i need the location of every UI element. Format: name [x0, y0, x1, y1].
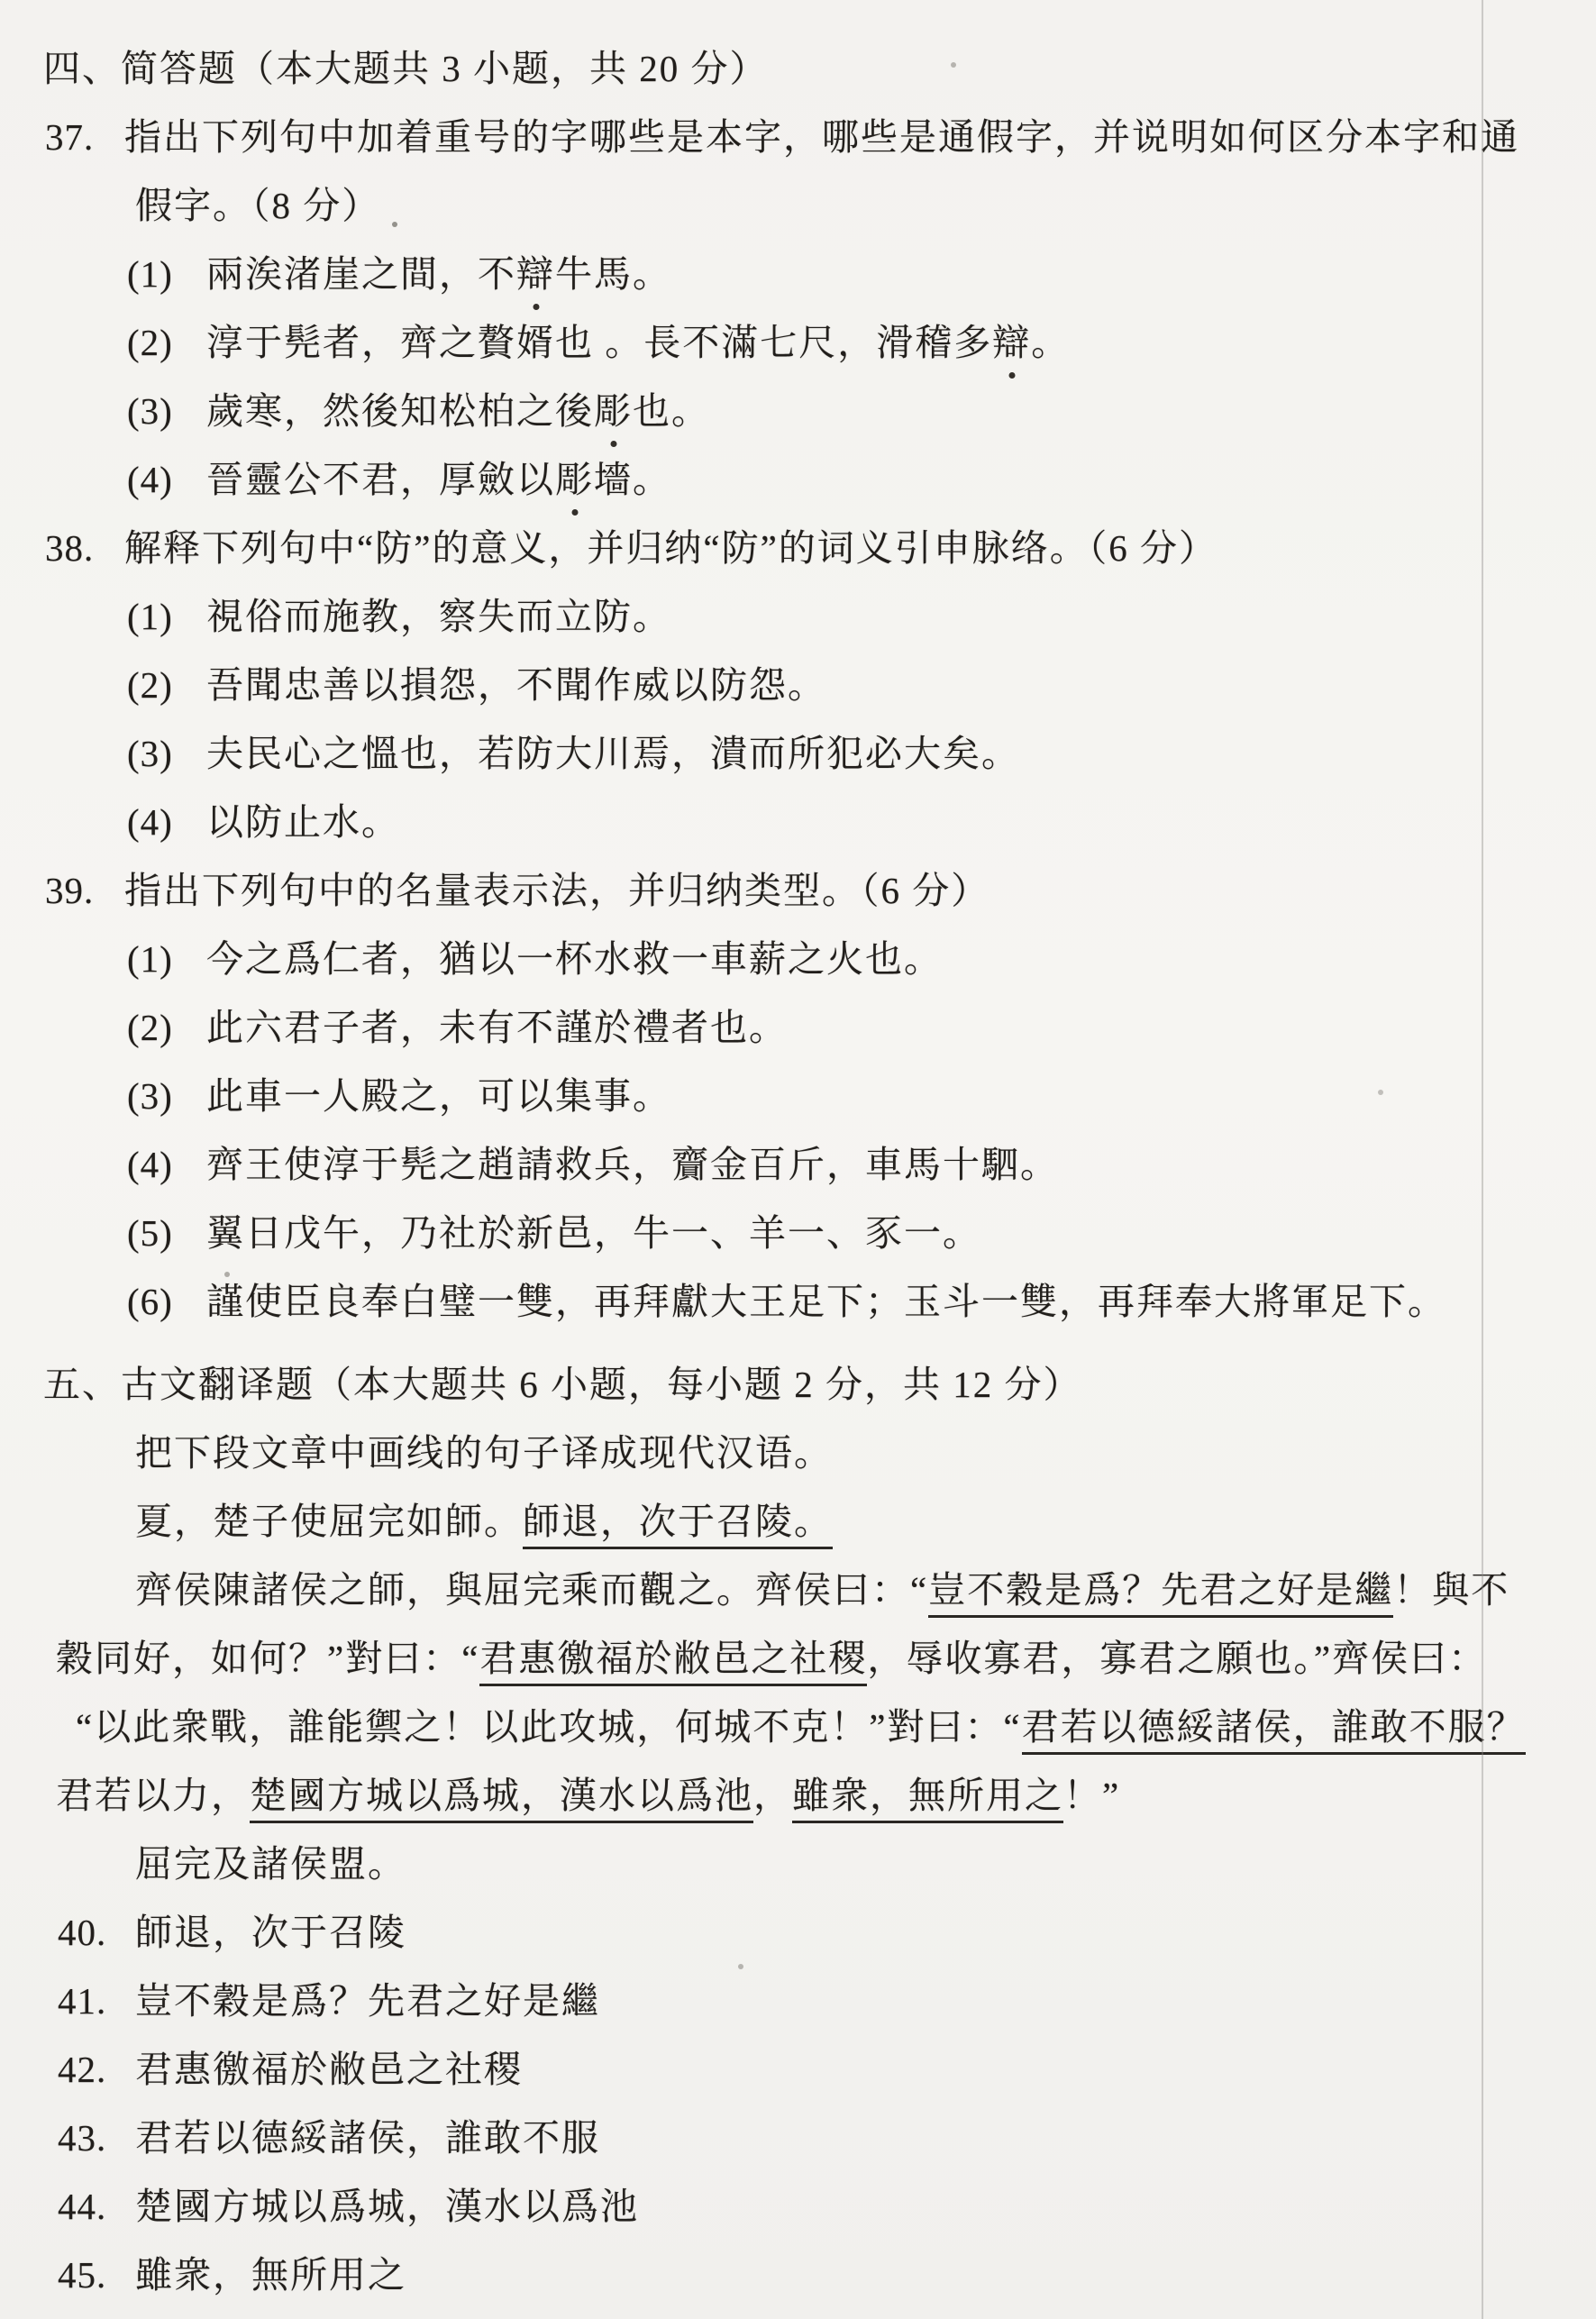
q39-item-1-text: 今之爲仁者，猶以一杯水救一車薪之火也。	[206, 938, 943, 980]
q39-item-3: (3)此車一人殿之，可以集事。	[0, 1062, 1596, 1130]
text-run: 。	[1031, 322, 1070, 363]
passage-line-1-text: 夏，楚子使屈完如師。師退，次于召陵。	[135, 1501, 833, 1549]
underlined-phrase: 雖衆，無所用之	[792, 1775, 1063, 1823]
text-run: 豈不穀是爲？先君之好是繼	[135, 1980, 600, 2022]
q39-item-1-number: (1)	[127, 925, 206, 993]
q39-item-2-text: 此六君子者，未有不謹於禮者也。	[206, 1007, 788, 1048]
q45-number: 45.	[58, 2241, 135, 2309]
text-run: 君若以力，	[56, 1775, 250, 1816]
q44-text: 楚國方城以爲城，漢水以爲池	[135, 2186, 639, 2227]
q39-item-6-number: (6)	[127, 1267, 206, 1336]
text-run: 淳于髡者，齊之贅婿也 。長不滿七尺，滑稽多	[206, 322, 992, 363]
text-run: 也。	[633, 390, 710, 432]
q37-heading-text: 指出下列句中加着重号的字哪些是本字，哪些是通假字，并说明如何区分本字和通	[124, 116, 1519, 158]
q44: 44.楚國方城以爲城，漢水以爲池	[0, 2172, 1596, 2241]
text-run: ！”	[1063, 1775, 1120, 1816]
underlined-phrase: 君惠徼福於敝邑之社稷	[479, 1638, 867, 1686]
emphasis-dot-char: 彫	[555, 445, 594, 514]
q39-item-3-number: (3)	[127, 1062, 206, 1130]
text-run: 翼日戊午，乃社於新邑，牛一、羊一、豕一。	[206, 1212, 981, 1254]
q42-text: 君惠徼福於敝邑之社稷	[135, 2049, 523, 2090]
section-5-heading: 五、古文翻译题（本大题共 6 小题，每小题 2 分，共 12 分）	[0, 1350, 1596, 1419]
text-run: 夏，楚子使屈完如師。	[135, 1501, 523, 1542]
q38-item-2-text: 吾聞忠善以損怨，不聞作威以防怨。	[206, 664, 826, 706]
q38-item-1-text: 視俗而施教，察失而立防。	[206, 596, 671, 637]
passage-line-4: “以此衆戰，誰能禦之！以此攻城，何城不克！”對曰：“君若以德綏諸侯，誰敢不服？	[0, 1693, 1596, 1761]
exam-text-content: 四、简答题（本大题共 3 小题，共 20 分）37.指出下列句中加着重号的字哪些…	[0, 34, 1596, 2309]
text-run: 歲寒，然後知松柏之後	[206, 390, 594, 432]
q43-number: 43.	[58, 2104, 135, 2172]
q40: 40.師退，次于召陵	[0, 1898, 1596, 1967]
passage-line-1: 夏，楚子使屈完如師。師退，次于召陵。	[0, 1487, 1596, 1556]
underlined-phrase: 楚國方城以爲城，漢水以爲池	[250, 1775, 753, 1823]
section-4-heading-text: 四、简答题（本大题共 3 小题，共 20 分）	[43, 48, 769, 89]
q38-heading-number: 38.	[45, 514, 124, 582]
q38-item-3-text: 夫民心之慍也，若防大川焉，潰而所犯必大矣。	[206, 733, 1020, 774]
text-run: 楚國方城以爲城，漢水以爲池	[135, 2186, 639, 2227]
underlined-phrase: 師退，次于召陵。	[523, 1501, 833, 1549]
text-run: 此車一人殿之，可以集事。	[206, 1075, 671, 1117]
q38-item-4-text: 以防止水。	[206, 801, 400, 843]
q37-item-4-number: (4)	[127, 445, 206, 514]
q43: 43.君若以德綏諸侯，誰敢不服	[0, 2104, 1596, 2172]
text-run: 以防止水。	[206, 801, 400, 843]
section-5-heading-text: 五、古文翻译题（本大题共 6 小题，每小题 2 分，共 12 分）	[43, 1364, 1082, 1405]
q39-heading-number: 39.	[45, 856, 124, 925]
q39-heading-text: 指出下列句中的名量表示法，并归纳类型。（6 分）	[124, 870, 990, 911]
text-run: 師退，次于召陵	[135, 1912, 406, 1953]
passage-line-2: 齊侯陳諸侯之師，與屈完乘而觀之。齊侯曰：“豈不穀是爲？先君之好是繼！與不	[0, 1556, 1596, 1624]
text-run: 謹使臣良奉白璧一雙，再拜獻大王足下；玉斗一雙，再拜奉大將軍足下。	[206, 1281, 1446, 1322]
emphasis-dot-char: 辯	[516, 240, 555, 308]
text-run: 齊侯陳諸侯之師，與屈完乘而觀之。齊侯曰：“	[135, 1569, 928, 1611]
text-run: 把下段文章中画线的句子译成现代汉语。	[135, 1432, 833, 1474]
text-run: ！與不	[1393, 1569, 1509, 1611]
passage-line-6-text: 屈完及諸侯盟。	[135, 1843, 406, 1885]
q37-item-4: (4)晉靈公不君，厚斂以彫墻。	[0, 445, 1596, 514]
q44-number: 44.	[58, 2172, 135, 2241]
text-run: 齊王使淳于髡之趙請救兵，齎金百斤，車馬十駟。	[206, 1144, 1059, 1185]
q37-heading-number: 37.	[45, 103, 124, 171]
passage-line-5-text: 君若以力，楚國方城以爲城，漢水以爲池，雖衆，無所用之！”	[56, 1775, 1120, 1823]
q41-number: 41.	[58, 1967, 135, 2035]
passage-line-4-text: “以此衆戰，誰能禦之！以此攻城，何城不克！”對曰：“君若以德綏諸侯，誰敢不服？	[76, 1706, 1526, 1755]
section-5-instruction-text: 把下段文章中画线的句子译成现代汉语。	[135, 1432, 833, 1474]
q38-heading: 38.解释下列句中“防”的意义，并归纳“防”的词义引申脉络。（6 分）	[0, 514, 1596, 582]
text-run: 今之爲仁者，猶以一杯水救一車薪之火也。	[206, 938, 943, 980]
q39-item-4-text: 齊王使淳于髡之趙請救兵，齎金百斤，車馬十駟。	[206, 1144, 1059, 1185]
passage-line-3: 穀同好，如何？”對曰：“君惠徼福於敝邑之社稷，辱收寡君，寡君之願也。”齊侯曰：	[0, 1624, 1596, 1693]
q42: 42.君惠徼福於敝邑之社稷	[0, 2035, 1596, 2104]
text-run: 指出下列句中的名量表示法，并归纳类型。（6 分）	[124, 870, 990, 911]
q38-item-4-number: (4)	[127, 788, 206, 856]
passage-line-2-text: 齊侯陳諸侯之師，與屈完乘而觀之。齊侯曰：“豈不穀是爲？先君之好是繼！與不	[135, 1569, 1509, 1618]
q39-heading: 39.指出下列句中的名量表示法，并归纳类型。（6 分）	[0, 856, 1596, 925]
emphasis-dot-char: 辯	[992, 308, 1031, 377]
q38-item-2-number: (2)	[127, 651, 206, 719]
text-run: 五、古文翻译题（本大题共 6 小题，每小题 2 分，共 12 分）	[43, 1364, 1082, 1405]
q37-item-2-number: (2)	[127, 308, 206, 377]
q39-item-6-text: 謹使臣良奉白璧一雙，再拜獻大王足下；玉斗一雙，再拜奉大將軍足下。	[206, 1281, 1446, 1322]
q38-item-2: (2)吾聞忠善以損怨，不聞作威以防怨。	[0, 651, 1596, 719]
q37-item-3-text: 歲寒，然後知松柏之後彫也。	[206, 390, 710, 432]
q37-heading-wrap: 假字。（8 分）	[0, 171, 1596, 240]
text-run: ，	[753, 1775, 792, 1816]
q38-item-1-number: (1)	[127, 582, 206, 651]
scan-specks	[0, 0, 4, 4]
passage-line-3-text: 穀同好，如何？”對曰：“君惠徼福於敝邑之社稷，辱收寡君，寡君之願也。”齊侯曰：	[56, 1638, 1487, 1686]
text-run: 穀同好，如何？”對曰：“	[56, 1638, 479, 1679]
q42-number: 42.	[58, 2035, 135, 2104]
text-run: 假字。（8 分）	[135, 185, 380, 226]
q41: 41.豈不穀是爲？先君之好是繼	[0, 1967, 1596, 2035]
q38-heading-text: 解释下列句中“防”的意义，并归纳“防”的词义引申脉络。（6 分）	[124, 527, 1218, 569]
passage-line-6: 屈完及諸侯盟。	[0, 1830, 1596, 1898]
q37-item-1-number: (1)	[127, 240, 206, 308]
underlined-phrase: 豈不穀是爲？先君之好是繼	[928, 1569, 1393, 1618]
q39-item-5: (5)翼日戊午，乃社於新邑，牛一、羊一、豕一。	[0, 1199, 1596, 1267]
q40-text: 師退，次于召陵	[135, 1912, 406, 1953]
text-run: 雖衆，無所用之	[135, 2254, 406, 2296]
q37-item-2: (2)淳于髡者，齊之贅婿也 。長不滿七尺，滑稽多辯。	[0, 308, 1596, 377]
emphasis-dot-char: 彫	[594, 377, 633, 445]
q38-item-3-number: (3)	[127, 719, 206, 788]
q38-item-3: (3)夫民心之慍也，若防大川焉，潰而所犯必大矣。	[0, 719, 1596, 788]
q38-item-4: (4)以防止水。	[0, 788, 1596, 856]
q37-item-3-number: (3)	[127, 377, 206, 445]
text-run: “以此衆戰，誰能禦之！以此攻城，何城不克！”對曰：“	[76, 1706, 1022, 1748]
q40-number: 40.	[58, 1898, 135, 1967]
q39-item-4: (4)齊王使淳于髡之趙請救兵，齎金百斤，車馬十駟。	[0, 1130, 1596, 1199]
text-run: 墻。	[594, 459, 671, 500]
text-run: ，辱收寡君，寡君之願也。”齊侯曰：	[867, 1638, 1487, 1679]
text-run: 晉靈公不君，厚斂以	[206, 459, 555, 500]
text-run: 兩涘渚崖之間，不	[206, 253, 516, 295]
text-run: 吾聞忠善以損怨，不聞作威以防怨。	[206, 664, 826, 706]
text-run: 視俗而施教，察失而立防。	[206, 596, 671, 637]
q37-item-1: (1)兩涘渚崖之間，不辯牛馬。	[0, 240, 1596, 308]
section-4-heading: 四、简答题（本大题共 3 小题，共 20 分）	[0, 34, 1596, 103]
q38-item-1: (1)視俗而施教，察失而立防。	[0, 582, 1596, 651]
text-run: 君若以德綏諸侯，誰敢不服	[135, 2117, 600, 2159]
q41-text: 豈不穀是爲？先君之好是繼	[135, 1980, 600, 2022]
q39-item-4-number: (4)	[127, 1130, 206, 1199]
q43-text: 君若以德綏諸侯，誰敢不服	[135, 2117, 600, 2159]
passage-line-5: 君若以力，楚國方城以爲城，漢水以爲池，雖衆，無所用之！”	[0, 1761, 1596, 1830]
section-5-instruction: 把下段文章中画线的句子译成现代汉语。	[0, 1419, 1596, 1487]
text-run: 此六君子者，未有不謹於禮者也。	[206, 1007, 788, 1048]
text-run: 屈完及諸侯盟。	[135, 1843, 406, 1885]
q39-item-3-text: 此車一人殿之，可以集事。	[206, 1075, 671, 1117]
q37-item-3: (3)歲寒，然後知松柏之後彫也。	[0, 377, 1596, 445]
q45-text: 雖衆，無所用之	[135, 2254, 406, 2296]
text-run: 指出下列句中加着重号的字哪些是本字，哪些是通假字，并说明如何区分本字和通	[124, 116, 1519, 158]
q39-item-5-text: 翼日戊午，乃社於新邑，牛一、羊一、豕一。	[206, 1212, 981, 1254]
text-run: 夫民心之慍也，若防大川焉，潰而所犯必大矣。	[206, 733, 1020, 774]
q37-heading-wrap-text: 假字。（8 分）	[135, 185, 380, 226]
text-run: 牛馬。	[555, 253, 671, 295]
q39-item-5-number: (5)	[127, 1199, 206, 1267]
q37-item-4-text: 晉靈公不君，厚斂以彫墻。	[206, 459, 671, 500]
q37-heading: 37.指出下列句中加着重号的字哪些是本字，哪些是通假字，并说明如何区分本字和通	[0, 103, 1596, 171]
scanned-exam-page: 四、简答题（本大题共 3 小题，共 20 分）37.指出下列句中加着重号的字哪些…	[0, 0, 1596, 2319]
scanner-streak-line	[1482, 0, 1483, 2319]
q39-item-2-number: (2)	[127, 993, 206, 1062]
q39-item-6: (6)謹使臣良奉白璧一雙，再拜獻大王足下；玉斗一雙，再拜奉大將軍足下。	[0, 1267, 1596, 1336]
underlined-phrase: 君若以德綏諸侯，誰敢不服？	[1022, 1706, 1526, 1755]
q39-item-2: (2)此六君子者，未有不謹於禮者也。	[0, 993, 1596, 1062]
q37-item-1-text: 兩涘渚崖之間，不辯牛馬。	[206, 253, 671, 295]
q37-item-2-text: 淳于髡者，齊之贅婿也 。長不滿七尺，滑稽多辯。	[206, 322, 1070, 363]
q39-item-1: (1)今之爲仁者，猶以一杯水救一車薪之火也。	[0, 925, 1596, 993]
q45: 45.雖衆，無所用之	[0, 2241, 1596, 2309]
text-run: 解释下列句中“防”的意义，并归纳“防”的词义引申脉络。（6 分）	[124, 527, 1218, 569]
text-run: 君惠徼福於敝邑之社稷	[135, 2049, 523, 2090]
text-run: 四、简答题（本大题共 3 小题，共 20 分）	[43, 48, 769, 89]
